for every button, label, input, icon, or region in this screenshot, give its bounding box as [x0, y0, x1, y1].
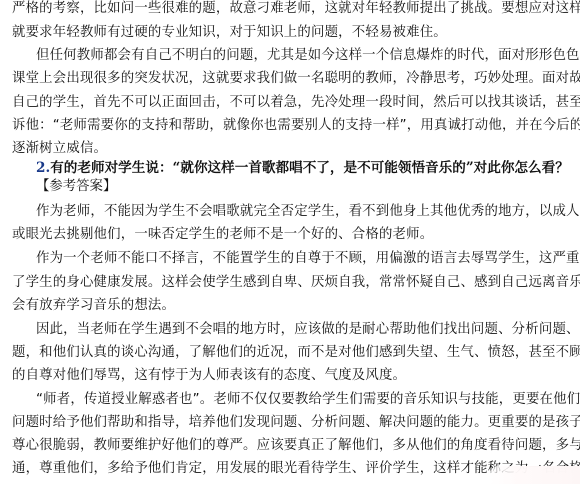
text-line: 作为老师，不能因为学生不会唱歌就完全否定学生，看不到他身上其他优秀的地方，以成人… [36, 203, 574, 221]
text-line: 问题时给予他们帮助和指导，培养他们发现问题、分析问题、解决问题的能力。更重要的是… [12, 414, 574, 432]
text-line: 会有放弃学习音乐的想法。 [12, 297, 574, 315]
text-line: 或眼光去挑剔他们，一味否定学生的老师不是一个好的、合格的老师。 [12, 226, 574, 244]
text-line: 就要求年轻教师有过硬的专业知识，对于知识上的问题，不轻易被难住。 [12, 24, 574, 42]
question-number: 2. [36, 160, 50, 176]
text-line: 了学生的身心健康发展。这样会使学生感到自卑、厌烦自我，常常怀疑自己、感到自己远离… [12, 274, 574, 292]
answer-label: 【参考答案】 [36, 178, 116, 196]
text-line: 严格的考察，比如问一些很难的题，故意刁难老师，这就对年轻教师提出了挑战。要想应对… [12, 0, 574, 18]
text-line: 因此，当老师在学生遇到不会唱的地方时，应该做的是耐心帮助他们找出问题、分析问题、… [36, 321, 574, 339]
text-line: 作为一个老师不能口不择言，不能置学生的自尊于不顾，用偏激的语言去辱骂学生，这严重… [36, 250, 574, 268]
bottom-fade-overlay [490, 466, 580, 484]
text-line: 逐渐树立威信。 [12, 140, 574, 158]
text-line: “师者，传道授业解惑者也”。老师不仅仅要教给学生们需要的音乐知识与技能，更要在他… [36, 391, 574, 409]
text-line: 题，和他们认真的谈心沟通，了解他们的近况，而不是对他们感到失望、生气、愤怒，甚至… [12, 344, 574, 362]
text-line: 诉他：“老师需要你的支持和帮助，就像你也需要别人的支持一样”，用真诚打动他，并在… [12, 117, 574, 135]
text-line: 尊心很脆弱，教师要维护好他们的尊严。应该要真正了解他们，多从他们的角度看待问题，… [12, 437, 574, 455]
question-text: 有的老师对学生说：“就你这样一首歌都唱不了，是不可能领悟音乐的”对此你怎么看？ [50, 160, 569, 176]
text-line: 课堂上会出现很多的突发状况，这就要求我们做一名聪明的教师，冷静思考，巧妙处理。面… [12, 70, 574, 88]
text-line: 但任何教师都会有自己不明白的问题，尤其是如今这样一个信息爆炸的时代，面对形形色色… [36, 47, 574, 65]
text-line: 自己的学生，首先不可以正面回击，不可以着急，先冷处理一段时间，然后可以找其谈话，… [12, 94, 574, 112]
text-line: 的自尊对他们辱骂，这有悖于为人师表该有的态度、气度及风度。 [12, 367, 574, 385]
question-heading: 2.有的老师对学生说：“就你这样一首歌都唱不了，是不可能领悟音乐的”对此你怎么看… [36, 159, 569, 177]
